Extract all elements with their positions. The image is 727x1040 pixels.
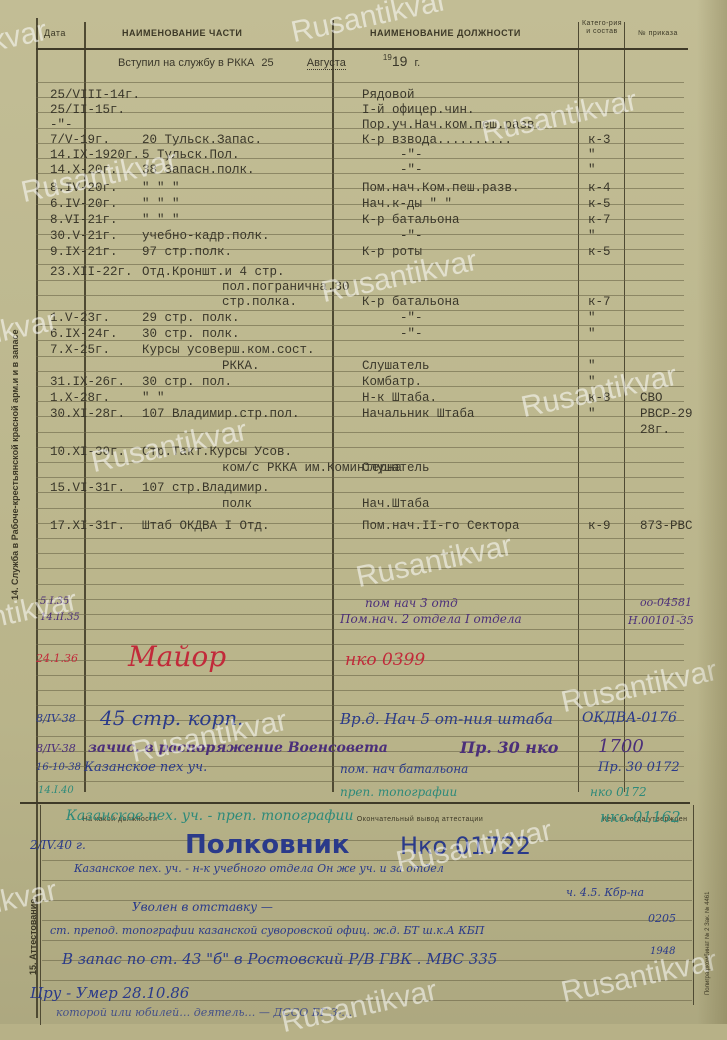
ruled-line: [36, 538, 684, 539]
ruled-line: [36, 781, 684, 782]
row-unit: " ": [142, 391, 165, 405]
ruled-line: [36, 371, 684, 372]
ruled-line: [36, 234, 684, 235]
ruled-line: [36, 143, 684, 144]
ruled-line: [36, 675, 684, 676]
row-unit: 29 стр. полк.: [142, 311, 240, 325]
column-header-order: № приказа: [628, 30, 688, 38]
row-position: Н-к Штаба.: [362, 391, 437, 405]
ruled-line: [36, 599, 684, 600]
entered-day: 25: [261, 57, 273, 69]
row-unit: " " ": [142, 197, 180, 211]
row-unit: Отд.Кроншт.и 4 стр.: [142, 265, 285, 279]
row-position: Начальник Штаба: [362, 407, 475, 421]
ruled-line: [42, 860, 692, 861]
row-date: 25/II-15г.: [50, 103, 125, 117]
column-header-position: НАИМЕНОВАНИЕ ДОЛЖНОСТИ: [370, 28, 521, 38]
row-date: 8.VI-21г.: [50, 213, 118, 227]
row-position: -"-: [400, 163, 423, 177]
row-date: 7/V-19г.: [50, 133, 110, 147]
hand-position-4: Вр.д. Нач 5 от-ния штаба: [340, 710, 553, 728]
row-order: 28г.: [640, 423, 670, 437]
hand-position-2: Пом.нач. 2 отдела I отдела: [340, 612, 522, 626]
row-date: 23.XII-22г.: [50, 265, 133, 279]
row-category: к-4: [588, 181, 611, 195]
attestation-green-overwrite: Казанское пех. уч. - преп. топографии: [66, 808, 353, 824]
row-category: ": [588, 311, 596, 325]
ruled-line: [36, 477, 684, 478]
unit-column-divider: [332, 20, 334, 792]
row-unit: полк: [222, 497, 252, 511]
row-unit: Штаб ОКДВА I Отд.: [142, 519, 270, 533]
entered-month: Августа: [307, 57, 346, 70]
left-border-line: [36, 18, 38, 1018]
row-position: Рядовой: [362, 88, 415, 102]
note-line1-right: 0205: [648, 912, 676, 925]
hand-position-1: пом нач 3 отд: [365, 596, 458, 610]
row-date: 1.X-28г.: [50, 391, 110, 405]
ruled-line: [42, 840, 692, 841]
ruled-line: [36, 82, 684, 83]
ruled-line: [36, 356, 684, 357]
row-unit: Курсы усоверш.ком.сост.: [142, 343, 315, 357]
row-date: 30.XI-28г.: [50, 407, 125, 421]
ruled-line: [36, 492, 684, 493]
row-unit: 107 стр.Владимир.: [142, 481, 270, 495]
attestation-line2: Уволен в отставку —: [132, 900, 273, 914]
row-order: РВСР-29: [640, 407, 693, 421]
row-position: -"-: [400, 148, 423, 162]
hand-order-3: нко 0399: [345, 650, 425, 670]
ruled-line: [36, 629, 684, 630]
row-date: 30.V-21г.: [50, 229, 118, 243]
header-separator: [36, 48, 688, 50]
hand-position-6: пом. нач батальона: [340, 762, 468, 776]
row-position: Комбатр.: [362, 375, 422, 389]
row-category: к-7: [588, 213, 611, 227]
row-category: ": [588, 359, 596, 373]
ruled-line: [36, 264, 684, 265]
attestation-green-order: нко-01162: [600, 808, 681, 826]
watermark: Rusantikvar: [278, 974, 440, 1024]
printer-imprint: Полиграфкомбинат № 2 Зак. № 4461: [705, 892, 711, 995]
row-category: к-9: [588, 519, 611, 533]
row-position: К-р батальона: [362, 213, 460, 227]
hand-date-7: 14.I.40: [38, 785, 74, 796]
row-category: к-3: [588, 133, 611, 147]
section14-title: 14. Служба в Рабоче-крестьянской красной…: [10, 329, 20, 600]
row-date: 6.IX-24г.: [50, 327, 118, 341]
watermark: Rusantikvar: [288, 0, 450, 50]
archival-service-record-card: Дата НАИМЕНОВАНИЕ ЧАСТИ НАИМЕНОВАНИЕ ДОЛ…: [0, 0, 727, 1024]
ruled-line: [36, 219, 684, 220]
row-date: 17.XI-31г.: [50, 519, 125, 533]
row-date: 9.IX-21г.: [50, 245, 118, 259]
hand-date-6: 16-10-38: [36, 762, 81, 773]
attestation-line1: Казанское пех. уч. - н-к учебного отдела…: [74, 862, 444, 875]
row-category: к-5: [588, 245, 611, 259]
row-category: к-5: [588, 197, 611, 211]
attestation-date: 2/IV.40 г.: [30, 838, 86, 852]
entered-service-label: Вступил на службу в РККА 25 Августа 1919…: [118, 53, 420, 69]
hand-order-5: 1700: [598, 736, 644, 757]
ruled-line: [36, 249, 684, 250]
ruled-line: [36, 523, 684, 524]
ruled-line: [36, 340, 684, 341]
watermark: Rusantikvar: [478, 84, 640, 150]
row-category: ": [588, 148, 596, 162]
row-position: Пом.нач.Ком.пеш.разв.: [362, 181, 520, 195]
ruled-line: [36, 416, 684, 417]
row-unit: стр.полка.: [222, 295, 297, 309]
note-line2: В запас по ст. 43 "б" в Ростовский Р/В Г…: [62, 950, 497, 968]
row-category: к-7: [588, 295, 611, 309]
row-category: ": [588, 327, 596, 341]
row-position: Нач.к-ды " ": [362, 197, 452, 211]
row-date: 15.VI-31г.: [50, 481, 125, 495]
hand-order-7: нко 0172: [590, 785, 647, 799]
entered-year: 1919: [383, 57, 407, 69]
ruled-line: [36, 553, 684, 554]
row-date: 31.IX-26г.: [50, 375, 125, 389]
hand-order-6: Пр. 30 0172: [598, 760, 680, 775]
note-line3: Цру - Умер 28.10.86: [30, 984, 189, 1002]
note-line1: ст. препод. топографии казанской суворов…: [50, 924, 484, 937]
row-unit: РККА.: [222, 359, 260, 373]
row-date: 1.V-23г.: [50, 311, 110, 325]
row-category: ": [588, 163, 596, 177]
watermark: Rusantikvar: [0, 14, 50, 80]
row-position: I-й офицер.чин.: [362, 103, 475, 117]
row-category: ": [588, 229, 596, 243]
row-date: 7.X-25г.: [50, 343, 110, 357]
row-date: -"-: [50, 118, 73, 132]
row-position: -"-: [400, 327, 423, 341]
row-position: Слушатель: [362, 461, 430, 475]
row-position: -"-: [400, 311, 423, 325]
row-unit: " " ": [142, 213, 180, 227]
hand-date-4: 8/IV-38: [36, 712, 76, 725]
row-unit: 20 Тульск.Запас.: [142, 133, 262, 147]
ruled-line: [36, 204, 684, 205]
column-header-category: Катего-рия и состав: [580, 20, 624, 36]
ruled-line: [36, 188, 684, 189]
ruled-line: [42, 940, 692, 941]
ruled-line: [42, 920, 692, 921]
rank-major: Майор: [128, 640, 226, 673]
row-position: Нач.Штаба: [362, 497, 430, 511]
attestation-line1-right: ч. 4.5. Кбр-на: [566, 886, 644, 899]
ruled-line: [36, 432, 684, 433]
row-order: 873-РВС: [640, 519, 693, 533]
attestation-conclusion: Полковник: [185, 830, 349, 860]
row-date: 25/VIII-14г.: [50, 88, 140, 102]
column-header-unit: НАИМЕНОВАНИЕ ЧАСТИ: [122, 28, 242, 38]
hand-date-5: 8/IV-38: [36, 742, 76, 755]
row-unit: учебно-кадр.полк.: [142, 229, 270, 243]
ruled-line: [42, 880, 692, 881]
hand-order-1: оо-04581: [640, 596, 692, 609]
ruled-line: [36, 325, 684, 326]
ruled-line: [36, 508, 684, 509]
hand-position-7: преп. топографии: [340, 785, 457, 799]
ruled-line: [36, 310, 684, 311]
hand-date-3: 24.1.36: [36, 652, 78, 665]
hand-position-5: Пр. 30 нко: [460, 738, 558, 757]
row-position: -"-: [400, 229, 423, 243]
hand-order-2: Н.00101-35: [628, 614, 694, 627]
row-unit: 30 стр. полк.: [142, 327, 240, 341]
section-separator: [20, 802, 690, 804]
row-unit: 97 стр.полк.: [142, 245, 232, 259]
row-unit: 30 стр. пол.: [142, 375, 232, 389]
row-position: Слушатель: [362, 359, 430, 373]
